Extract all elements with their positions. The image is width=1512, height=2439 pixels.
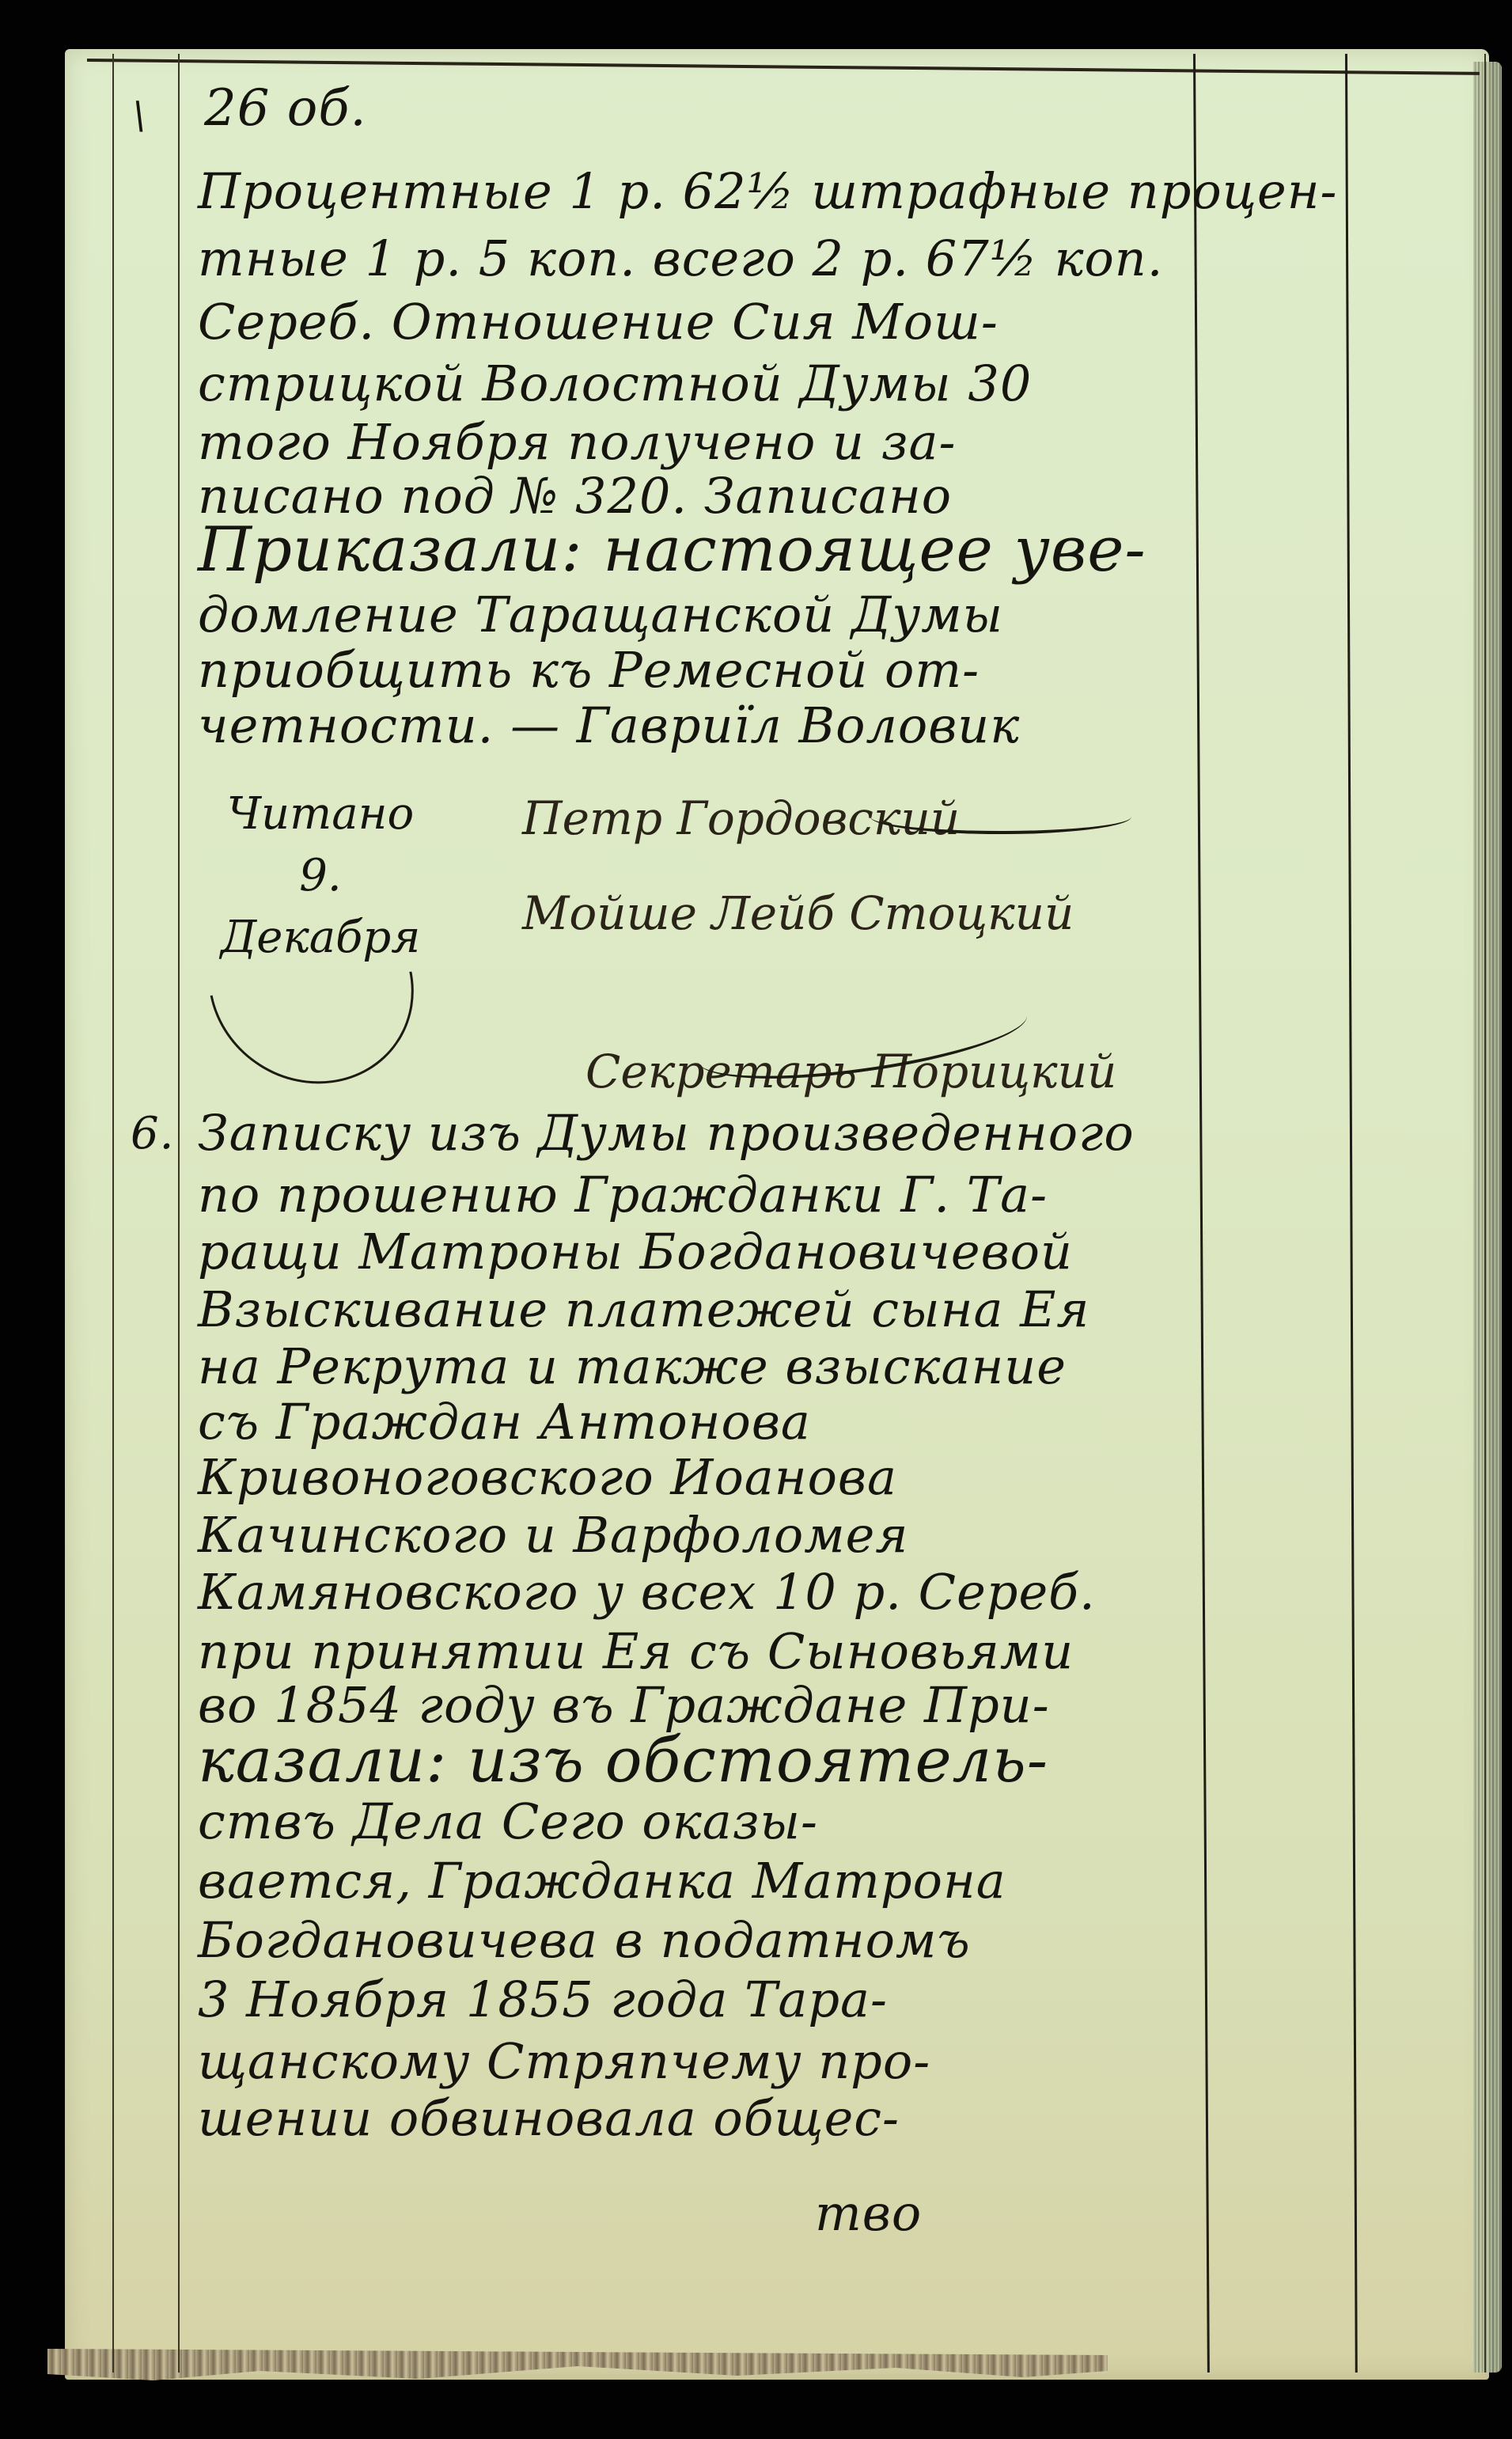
- entry-line: Богдановичева в податномъ: [198, 1911, 971, 1969]
- margin-note-read: Читано: [190, 783, 451, 845]
- entry-line: на Рекрута и также взыскание: [198, 1337, 1067, 1395]
- page-edge-line: [1484, 54, 1486, 2373]
- entry-line: Записку изъ Думы произведенного: [198, 1104, 1135, 1162]
- outer-margin-line: [112, 54, 114, 2373]
- entry-line: тные 1 р. 5 коп. всего 2 р. 67½ коп.: [198, 229, 1163, 287]
- margin-mark: \: [133, 93, 146, 138]
- entry-line: стрицкой Волостной Думы 30: [198, 355, 1032, 412]
- entry-line: Камяновского у всех 10 р. Сереб.: [198, 1563, 1096, 1621]
- folio-number: 26 об.: [204, 79, 367, 138]
- entry-line: 3 Ноября 1855 года Тара-: [198, 1971, 888, 2028]
- entry-line: по прошению Гражданки Г. Та-: [198, 1166, 1048, 1223]
- scanned-document: \ 26 об. Процентные 1 р. 62½ штрафные пр…: [0, 0, 1512, 2439]
- entry-line: Качинского и Варфоломея: [198, 1506, 908, 1564]
- entry-line: того Ноября получено и за-: [198, 413, 956, 471]
- entry-line: ращи Матроны Богдановичевой: [198, 1223, 1073, 1280]
- entry-line: Процентные 1 р. 62½ штрафные процен-: [198, 162, 1337, 220]
- signature-2: Мойше Лейб Стоцкий: [522, 886, 1074, 940]
- entry-number: 6.: [131, 1108, 174, 1159]
- entry-line: ствъ Дела Сего оказы-: [198, 1792, 818, 1850]
- number-column-line: [178, 54, 180, 2373]
- signature-flourish: [870, 799, 1131, 834]
- entry-line-end: тво: [815, 2184, 922, 2242]
- entry-line: Сереб. Отношение Сия Мош-: [198, 293, 999, 351]
- entry-line: домление Таращанской Думы: [198, 586, 1003, 643]
- entry-line: приобщить къ Ремесной от-: [198, 641, 980, 699]
- stacked-page-edges: [1473, 62, 1502, 2373]
- entry-line: Кривоноговского Иоанова: [198, 1448, 897, 1506]
- resolution-line: казали: изъ обстоятель-: [198, 1725, 1048, 1796]
- entry-line: шении обвиновала общес-: [198, 2089, 900, 2147]
- entry-line: съ Граждан Антонова: [198, 1393, 811, 1451]
- entry-line: Взыскивание платежей сына Ея: [198, 1280, 1089, 1338]
- resolution-line: Приказали: настоящее уве-: [198, 514, 1146, 586]
- entry-line-signed: четности. — Гавриїл Воловик: [198, 696, 1020, 754]
- entry-line: вается, Гражданка Матрона: [198, 1852, 1006, 1910]
- entry-line: щанскому Стряпчему про-: [198, 2032, 930, 2090]
- entry-line: при принятии Ея съ Сыновьями: [198, 1622, 1074, 1680]
